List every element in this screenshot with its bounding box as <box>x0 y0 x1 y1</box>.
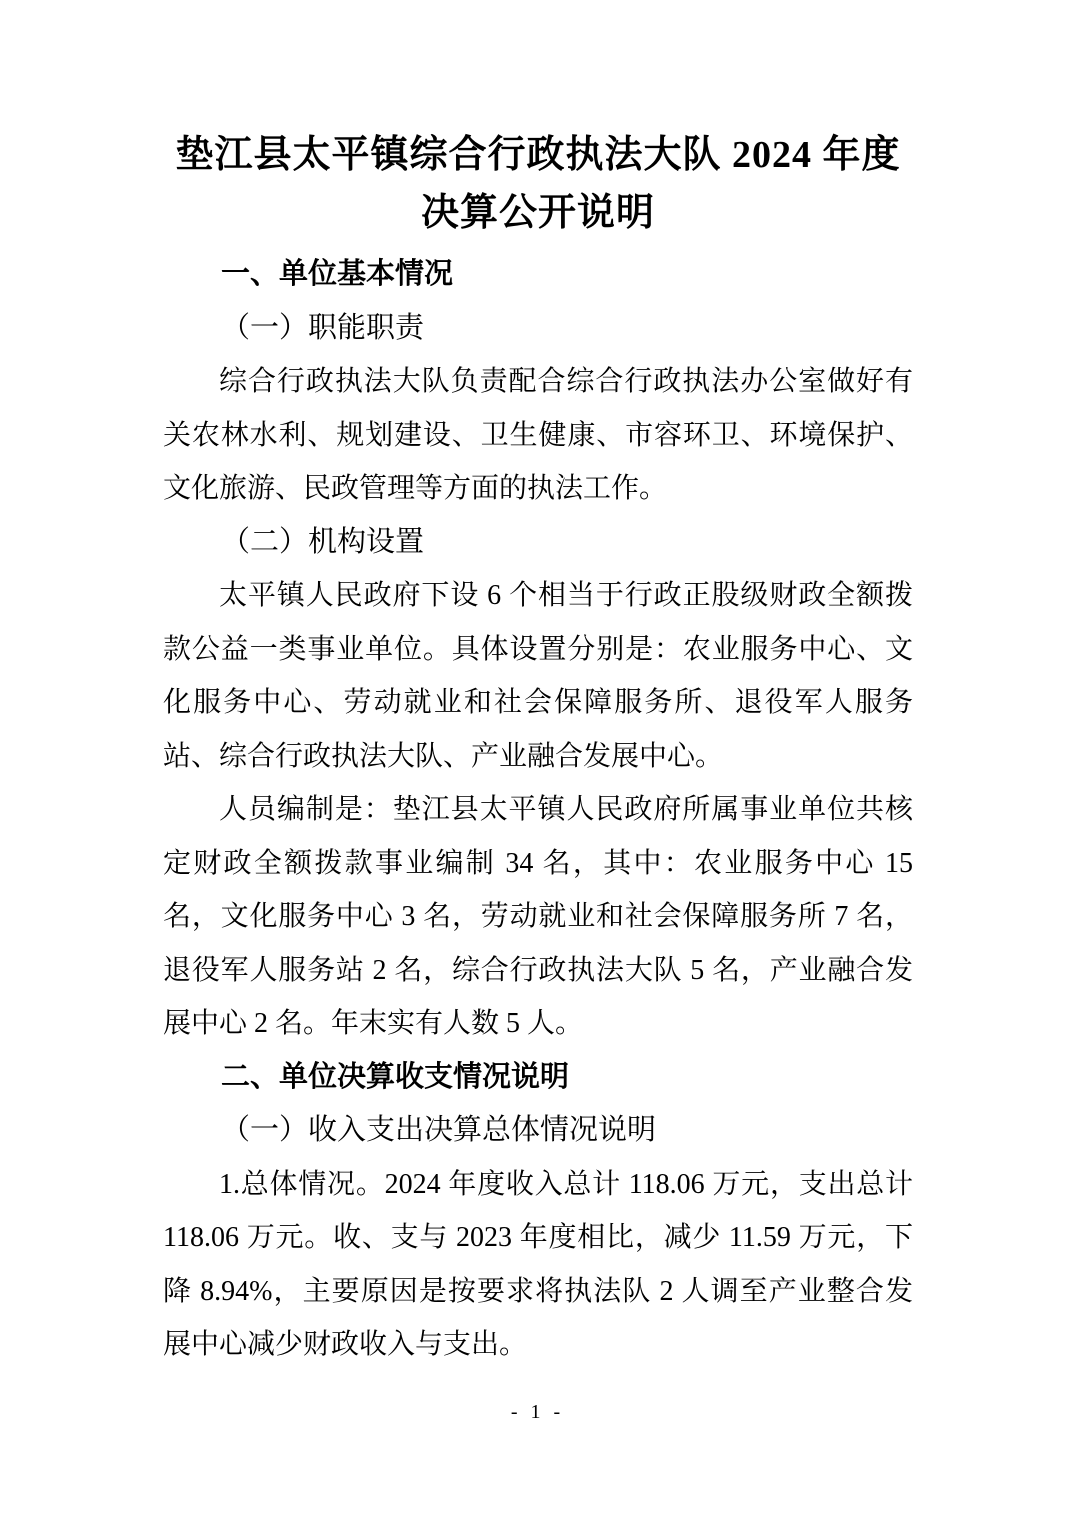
document-title: 垫江县太平镇综合行政执法大队 2024 年度 决算公开说明 <box>163 0 913 242</box>
document-title-line-2: 决算公开说明 <box>421 192 655 234</box>
document-page: 垫江县太平镇综合行政执法大队 2024 年度 决算公开说明 一、单位基本情况 （… <box>0 0 1075 1520</box>
document-body: 垫江县太平镇综合行政执法大队 2024 年度 决算公开说明 一、单位基本情况 （… <box>163 0 913 1372</box>
page-number: - 1 - <box>0 1400 1075 1424</box>
section-1-sub-2-paragraph-2: 人员编制是：垫江县太平镇人民政府所属事业单位共核定财政全额拨款事业编制 34 名… <box>163 783 913 1051</box>
section-1-sub-1-heading: （一）职能职责 <box>163 302 913 356</box>
section-1-sub-2-paragraph-1: 太平镇人民政府下设 6 个相当于行政正股级财政全额拨款公益一类事业单位。具体设置… <box>163 569 913 783</box>
document-title-line-1: 垫江县太平镇综合行政执法大队 2024 年度 <box>175 134 900 176</box>
section-2-sub-1-paragraph-1: 1.总体情况。2024 年度收入总计 118.06 万元，支出总计 118.06… <box>163 1158 913 1372</box>
section-2-sub-1-heading: （一）收入支出决算总体情况说明 <box>163 1104 913 1158</box>
section-2-heading: 二、单位决算收支情况说明 <box>163 1051 913 1105</box>
section-1-heading: 一、单位基本情况 <box>163 248 913 302</box>
section-1-sub-2-heading: （二）机构设置 <box>163 516 913 570</box>
section-1-sub-1-paragraph-1: 综合行政执法大队负责配合综合行政执法办公室做好有关农林水利、规划建设、卫生健康、… <box>163 355 913 516</box>
